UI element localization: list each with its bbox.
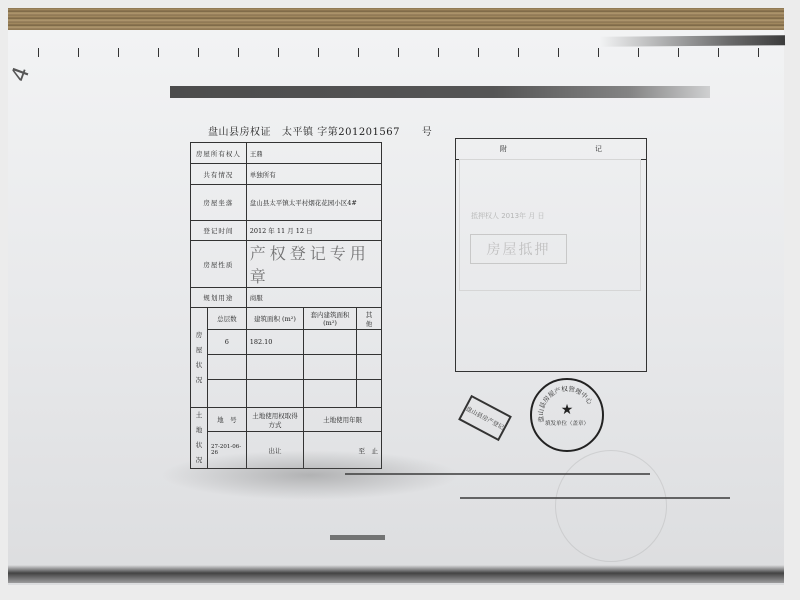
planned-use-label: 规划用途 xyxy=(191,288,247,308)
header-usage-term: 土地使用年限 xyxy=(304,408,382,432)
title-town: 太平镇 xyxy=(282,127,314,138)
document-paper xyxy=(8,30,784,585)
toner-line xyxy=(460,497,730,499)
table-row: 房屋坐落 盘山县太平镇太平村烟花花园小区4# xyxy=(191,185,382,221)
land-header-row: 土 地 状 况 地 号 土地使用权取得方式 土地使用年限 xyxy=(191,408,382,432)
total-floors-value: 6 xyxy=(208,330,247,355)
toner-smudge xyxy=(600,35,785,47)
toner-mark xyxy=(330,535,385,540)
status-header-row: 房 屋 状 况 总层数 建筑面积 (m²) 套内建筑面积 (m²) 其 他 xyxy=(191,308,382,330)
location-value: 盘山县太平镇太平村烟花花园小区4# xyxy=(246,185,381,221)
header-acquisition-method: 土地使用权取得方式 xyxy=(246,408,304,432)
svg-text:盘山县房屋产权管理中心: 盘山县房屋产权管理中心 xyxy=(536,384,595,423)
seal-ring-text: 盘山县房屋产权管理中心 xyxy=(532,380,602,450)
status-row xyxy=(191,380,382,408)
table-row: 房屋性质 产权登记专用章 xyxy=(191,241,382,288)
faded-mortgage-stamp: 房屋抵押 xyxy=(470,234,567,264)
title-number-label: 字第 xyxy=(317,127,338,138)
title-prefix: 盘山县房权证 xyxy=(208,127,271,138)
status-row: 6 182.10 xyxy=(191,330,382,355)
empty-cell xyxy=(246,355,304,380)
side-char: 屋 xyxy=(196,346,203,354)
tick-marks xyxy=(30,48,770,68)
empty-cell xyxy=(356,355,381,380)
side-char: 地 xyxy=(196,426,203,434)
owner-label: 房屋所有权人 xyxy=(191,143,247,164)
table-row: 房屋所有权人 王鼎 xyxy=(191,143,382,164)
attachment-header-left: 附 xyxy=(500,144,507,154)
side-char: 状 xyxy=(196,441,203,449)
building-area-value: 182.10 xyxy=(246,330,304,355)
bottom-toner-band xyxy=(8,565,784,583)
side-char: 房 xyxy=(196,331,203,339)
side-char: 况 xyxy=(196,376,203,384)
registration-stamp: 产权登记专用章 xyxy=(250,244,370,286)
registration-date-label: 登记时间 xyxy=(191,221,247,241)
header-other: 其 他 xyxy=(356,308,381,330)
toner-line xyxy=(345,473,650,475)
header-building-area: 建筑面积 (m²) xyxy=(246,308,304,330)
header-land-number: 地 号 xyxy=(208,408,247,432)
empty-cell xyxy=(246,380,304,408)
other-value xyxy=(356,330,381,355)
faint-seal-ghost xyxy=(555,450,667,562)
side-char: 土 xyxy=(196,411,203,419)
empty-cell xyxy=(304,380,357,408)
header-total-floors: 总层数 xyxy=(208,308,247,330)
registration-date-value: 2012 年 11 月 12 日 xyxy=(246,221,381,241)
faded-frame xyxy=(459,159,641,291)
side-char: 状 xyxy=(196,361,203,369)
status-row xyxy=(191,355,382,380)
attachment-header-right: 记 xyxy=(595,144,602,154)
title-suffix: 号 xyxy=(422,127,433,138)
co-ownership-value: 单独所有 xyxy=(246,164,381,185)
table-row: 登记时间 2012 年 11 月 12 日 xyxy=(191,221,382,241)
toner-bar xyxy=(170,86,710,98)
property-nature-stamp: 产权登记专用章 xyxy=(246,241,381,288)
empty-cell xyxy=(208,380,247,408)
owner-value: 王鼎 xyxy=(246,143,381,164)
empty-cell xyxy=(304,355,357,380)
table-row: 规划用途 商服 xyxy=(191,288,382,308)
empty-cell xyxy=(208,355,247,380)
location-label: 房屋坐落 xyxy=(191,185,247,221)
attachment-box: 附 记 抵押权人 2013年 月 日 房屋抵押 xyxy=(455,138,647,372)
certificate-title: 盘山县房权证 太平镇 字第201201567 号 xyxy=(208,123,432,138)
round-official-seal: 盘山县房屋产权管理中心 ★ 填发单位（盖章） xyxy=(530,378,604,452)
attachment-header: 附 记 xyxy=(456,139,646,160)
planned-use-value: 商服 xyxy=(246,288,381,308)
faded-mortgage-line: 抵押权人 2013年 月 日 xyxy=(471,211,636,219)
certificate-number: 201201567 xyxy=(338,127,400,138)
co-ownership-label: 共有情况 xyxy=(191,164,247,185)
header-inner-area: 套内建筑面积 (m²) xyxy=(304,308,357,330)
empty-cell xyxy=(356,380,381,408)
house-status-side-label: 房 屋 状 况 xyxy=(191,308,208,408)
property-table: 房屋所有权人 王鼎 共有情况 单独所有 房屋坐落 盘山县太平镇太平村烟花花园小区… xyxy=(190,142,382,469)
toner-speckle xyxy=(160,450,460,500)
property-nature-label: 房屋性质 xyxy=(191,241,247,288)
inner-area-value xyxy=(304,330,357,355)
table-row: 共有情况 单独所有 xyxy=(191,164,382,185)
